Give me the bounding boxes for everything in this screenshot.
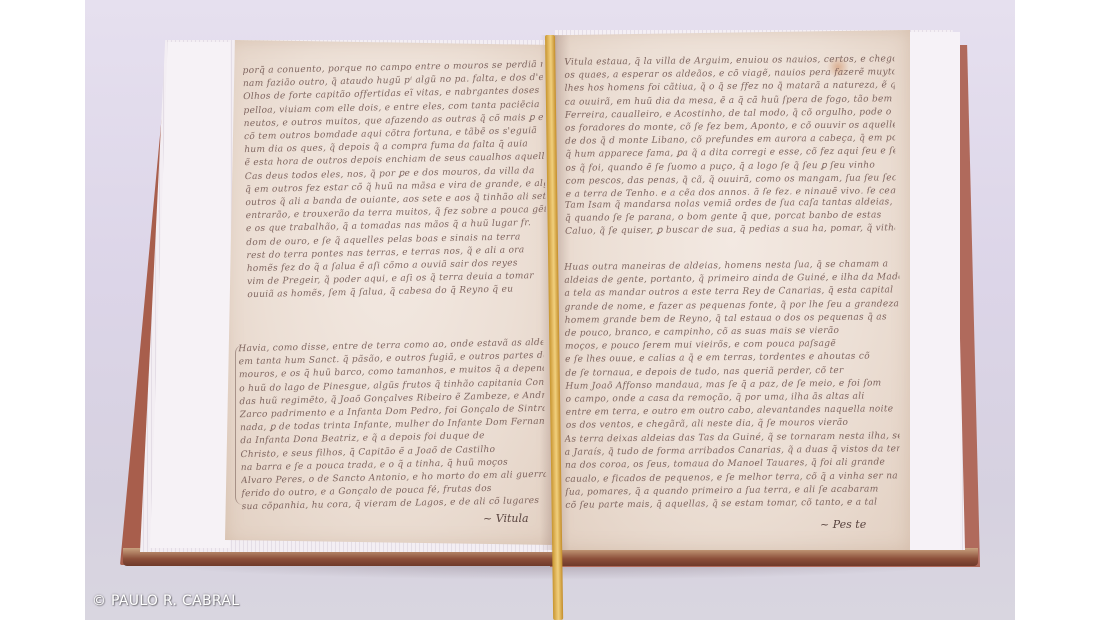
handwritten-paragraph: Tam Isam q̃ mandarsa nolas vemiã ordes d…	[565, 196, 896, 249]
handwritten-paragraph: Havia, como disse, entre de terra como a…	[238, 337, 546, 513]
page-signature-right: ~ Pes te	[820, 518, 866, 531]
handwritten-paragraph: Huas outra maneiras de aldeias, homens n…	[564, 258, 901, 431]
photograph: porq̃ a conuento, porque no campo entre …	[85, 0, 1015, 620]
blank-page-edge-right	[905, 32, 960, 550]
handwritten-paragraph: porq̃ a conuento, porque no campo entre …	[243, 59, 548, 305]
handwritten-paragraph: As terra deixas aldeias das Tas da Guiné…	[565, 430, 901, 514]
photo-credit-watermark: © PAULO R. CABRAL	[92, 593, 239, 609]
page-signature-left: ~ Vitula	[483, 512, 529, 525]
handwritten-paragraph: Vitula estaua, q̃ la villa de Arguim, en…	[564, 53, 895, 196]
